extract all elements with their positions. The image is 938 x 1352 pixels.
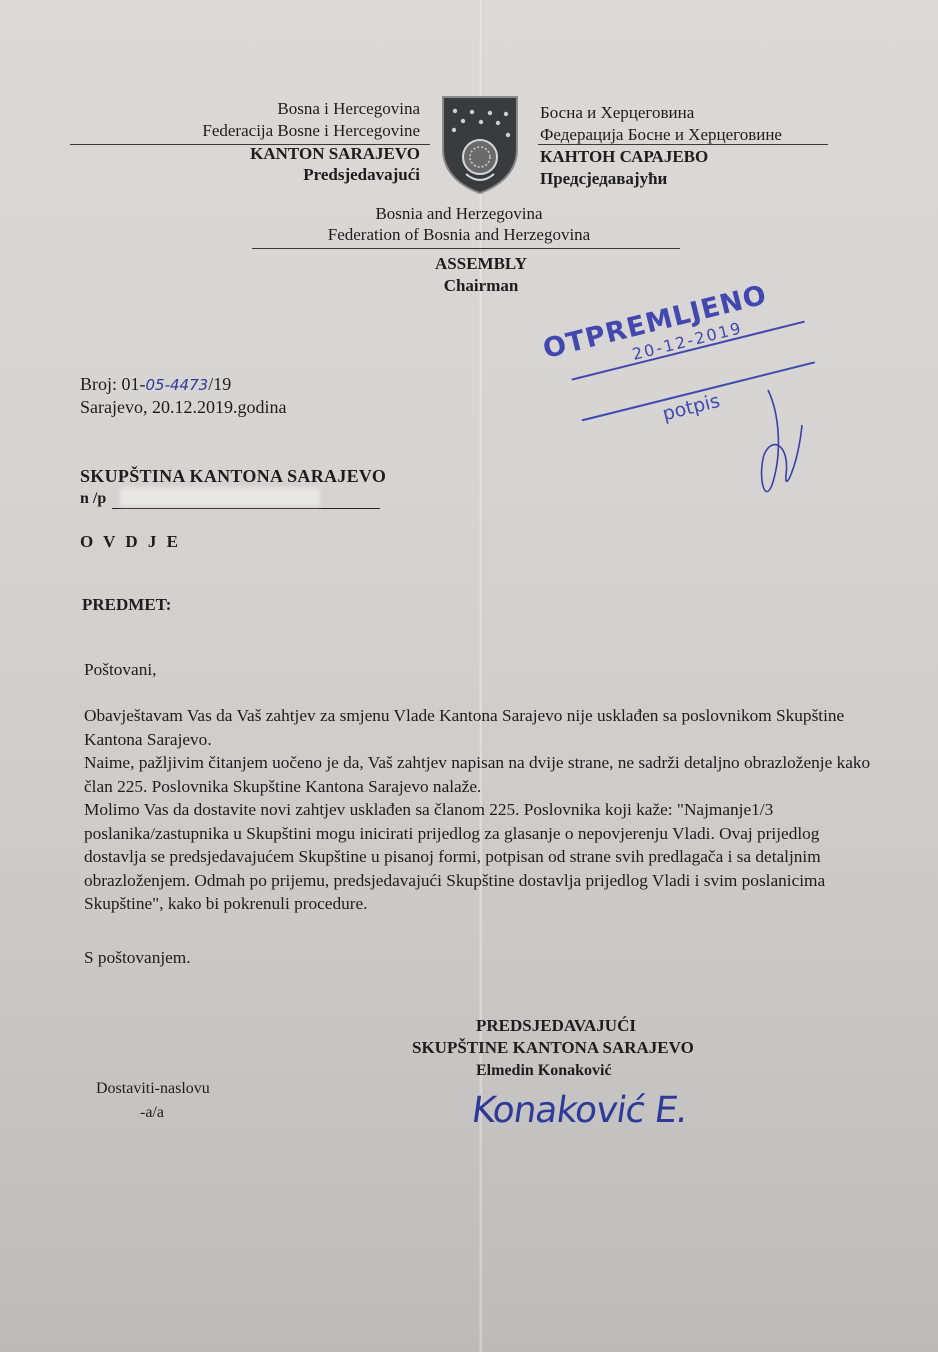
greeting: Poštovani, — [84, 660, 157, 680]
reference-handwritten: 05-4473 — [146, 376, 209, 394]
subject-label: PREDMET: — [82, 595, 171, 615]
handwritten-signature: Konaković E. — [469, 1090, 690, 1131]
redacted-name — [120, 488, 320, 506]
header-center-line1: Bosnia and Herzegovina — [0, 203, 928, 224]
header-left-line3: KANTON SARAJEVO — [250, 143, 420, 164]
header-left-line1: Bosna i Hercegovina — [277, 98, 420, 119]
distribution-line2: -a/a — [140, 1104, 164, 1122]
header-right-line4: Предсједавајући — [540, 168, 667, 189]
stamp-signature-scribble — [750, 385, 810, 520]
signature-title-2: SKUPŠTINE KANTONA SARAJEVO — [412, 1038, 694, 1058]
header-right-line3: КАНТОН САРАЈЕВО — [540, 146, 708, 167]
reference-suffix: /19 — [208, 374, 231, 394]
stamp-label: potpis — [660, 390, 722, 425]
header-right-rule — [538, 144, 828, 145]
signature-name: Elmedin Konaković — [476, 1062, 612, 1080]
header-center-rule — [252, 248, 680, 249]
header-center-line3: ASSEMBLY — [12, 253, 938, 274]
place-date: Sarajevo, 20.12.2019.godina — [80, 397, 286, 418]
header-left-line4: Predsjedavajući — [303, 164, 420, 185]
signature-title-1: PREDSJEDAVAJUĆI — [476, 1016, 636, 1036]
distribution-line1: Dostaviti-naslovu — [96, 1080, 210, 1098]
recipient-attention-label: n /p — [80, 490, 106, 508]
header-center-line2: Federation of Bosnia and Herzegovina — [0, 224, 928, 245]
paragraph-1: Obavještavam Vas da Vaš zahtjev za smjen… — [84, 704, 884, 751]
header-right-line2: Федерација Босне и Херцеговине — [540, 124, 782, 145]
paragraph-3: Molimo Vas da dostavite novi zahtjev usk… — [84, 798, 884, 916]
recipient-location: O V D J E — [80, 532, 181, 552]
paragraph-2: Naime, pažljivim čitanjem uočeno je da, … — [84, 751, 884, 798]
reference-prefix: Broj: 01- — [80, 374, 146, 394]
closing: S poštovanjem. — [84, 948, 191, 968]
body-paragraphs: Obavještavam Vas da Vaš zahtjev za smjen… — [84, 704, 884, 916]
header-center-line4: Chairman — [12, 275, 938, 296]
recipient-name: SKUPŠTINA KANTONA SARAJEVO — [80, 466, 386, 487]
reference-number: Broj: 01-05-4473/19 — [80, 374, 231, 395]
recipient-attention-line — [112, 508, 380, 509]
header-left-line2: Federacija Bosne i Hercegovine — [202, 120, 420, 141]
header-right-line1: Босна и Херцеговина — [540, 102, 694, 123]
coat-of-arms-icon — [440, 94, 520, 194]
